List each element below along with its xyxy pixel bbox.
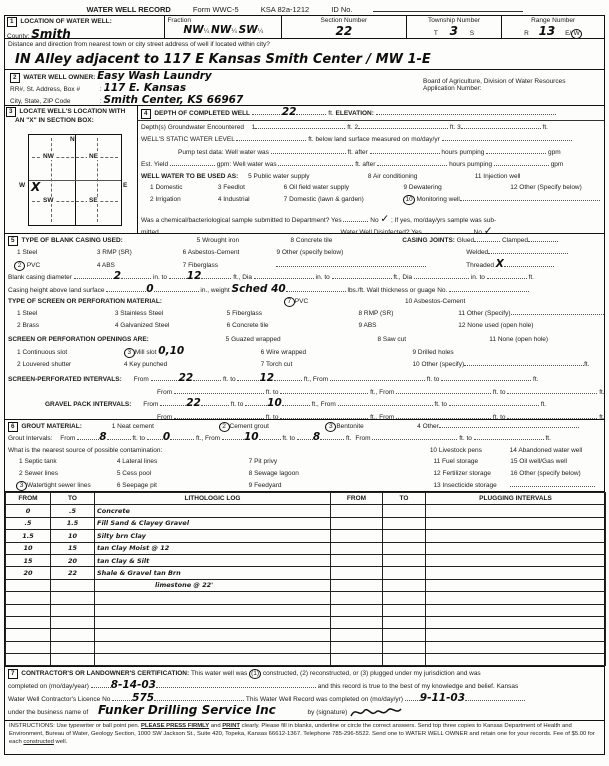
spi-d1 <box>151 373 179 381</box>
casing-1-label: Steel <box>22 249 37 256</box>
litho-from <box>6 654 51 666</box>
plug-interval <box>426 567 606 579</box>
welded-label: Welded <box>466 249 488 256</box>
range-w-circled: W <box>571 29 582 38</box>
section5-number: 5 <box>8 236 18 246</box>
yield-dots-3 <box>377 158 447 166</box>
section1-county-cell: 1 LOCATION OF WATER WELL: County: Smith <box>5 16 165 38</box>
instructions: INSTRUCTIONS: Use typewriter or ball poi… <box>5 721 604 748</box>
litho-log <box>95 629 331 641</box>
gw-ft3: ft. 3 <box>450 124 461 131</box>
litho-to: 20 <box>51 554 95 566</box>
cert-d4 <box>154 693 244 701</box>
instructions-and: and <box>209 723 222 729</box>
opening-10-label: Other (specify) <box>421 361 464 368</box>
weight-label: in., weight <box>200 287 229 294</box>
grout-4-num: 4 <box>417 423 421 430</box>
section6-number: 6 <box>8 422 18 432</box>
instructions-end: well. <box>54 739 67 745</box>
gi-d10 <box>474 432 544 440</box>
grout-2-label: Cement grout <box>230 423 269 430</box>
section4-cell: 4 DEPTH OF COMPLETED WELL 22 ft. ELEVATI… <box>138 106 604 233</box>
yield-after: ft. after <box>355 161 375 168</box>
spi-label: SCREEN-PERFORATED INTERVALS: <box>8 376 122 383</box>
glued-dots <box>474 234 500 242</box>
gw-dots-1 <box>255 121 345 129</box>
opening-7-num: 7 <box>261 361 265 368</box>
grout-4-dots <box>439 420 579 428</box>
contam-4-label: Lateral lines <box>122 458 157 465</box>
grout-3-label: Bentonite <box>336 423 363 430</box>
contam-10-label: Livestock pens <box>439 447 482 454</box>
signature-scribble <box>349 705 403 720</box>
swl-dots-2 <box>442 133 572 141</box>
certification-title: CONTRACTOR'S OR LANDOWNER'S CERTIFICATIO… <box>21 670 189 677</box>
gpi-d5 <box>338 398 433 406</box>
litho-log: Concrete <box>95 505 331 517</box>
plug-from <box>331 616 383 628</box>
litho-header-plugging: PLUGGING INTERVALS <box>426 493 606 505</box>
height-dots-2 <box>154 284 199 292</box>
litho-to: 1.5 <box>51 517 95 529</box>
litho-to <box>51 579 95 591</box>
quadrant-ne: NE <box>87 153 100 160</box>
use-3-label: Feedlot <box>223 184 245 191</box>
plug-interval <box>426 517 606 529</box>
height-dots-4 <box>449 284 529 292</box>
spi-d3 <box>237 373 259 381</box>
contam-2-num: 2 <box>19 470 23 477</box>
contam-16-label: Other (specify below) <box>519 470 580 477</box>
disinfected-question: Water Well Disinfected? Yes <box>341 229 422 233</box>
owner-right: Board of Agriculture, Division of Water … <box>413 70 604 105</box>
licence-value: 575 <box>132 693 154 704</box>
plug-to <box>383 604 426 616</box>
use-1-label: Domestic <box>155 184 182 191</box>
litho-row <box>6 641 606 653</box>
screen-11-dots <box>511 307 604 315</box>
static-level-rest: ft. below land surface measured on mo/da… <box>308 136 440 143</box>
quadrant-se: SE <box>87 197 100 204</box>
opening-11-label: None (open hole) <box>498 336 548 343</box>
threaded-x: X <box>496 259 504 270</box>
section-box-area: N S W E NW NE SW SE X <box>6 134 138 234</box>
use-7-num: 7 <box>284 196 288 203</box>
spi-ftto-2: ft. to <box>427 376 440 383</box>
gi-ftto: ft. to <box>132 435 145 442</box>
diam-ftdia-1: ft., Dia <box>233 274 252 281</box>
business-name-label: under the business name of <box>8 709 88 716</box>
casing-5-num: 5 <box>197 237 201 244</box>
cert-text-4: This Water Well Record was completed on … <box>246 696 403 703</box>
litho-from <box>6 579 51 591</box>
screen-5-label: Fiberglass <box>232 310 262 317</box>
contam-11-num: 11 <box>433 458 440 465</box>
gpi-to-value: 10 <box>267 398 282 409</box>
screen-1-num: 1 <box>17 310 21 317</box>
spi2-d3 <box>396 386 491 394</box>
contam-10-num: 10 <box>430 447 437 454</box>
range-value: 13 <box>539 24 556 38</box>
contam-13-label: Insecticide storage <box>442 482 496 489</box>
address-colon: : <box>100 86 102 93</box>
gpi-ftfrom: ft., From <box>312 401 336 408</box>
depth-dots-2 <box>296 107 326 115</box>
gi-d3 <box>147 432 163 440</box>
contam-7-label: Pit privy <box>254 458 277 465</box>
screen-8-label: RMP (SR) <box>364 310 394 317</box>
opening-7-label: Torch cut <box>266 361 292 368</box>
grout-intervals-label: Grout Intervals: <box>8 435 52 442</box>
contam-16-num: 16 <box>510 470 517 477</box>
cert-text-3: and this record is true to the best of m… <box>318 683 519 690</box>
gi-to2: 8 <box>313 432 320 443</box>
casing-4-num: 4 <box>97 262 101 269</box>
pump-hours: hours pumping <box>441 149 484 156</box>
litho-from: 1.5 <box>6 530 51 542</box>
litho-from <box>6 604 51 616</box>
section1-fraction-cell: Fraction NW¼ NW¼ SW¼ <box>165 16 282 38</box>
spi-d4 <box>274 373 302 381</box>
constructed-underlined: constructed <box>23 739 53 745</box>
plug-from <box>331 604 383 616</box>
monitoring-dots <box>460 193 600 201</box>
opening-2-label: Louvered shutter <box>22 361 71 368</box>
cert-d6 <box>465 693 525 701</box>
plug-to <box>383 629 426 641</box>
spi-ftto: ft. to <box>223 376 236 383</box>
plug-from <box>331 654 383 666</box>
opening-8-label: Saw cut <box>383 336 406 343</box>
litho-to <box>51 629 95 641</box>
use-9-label: Dewatering <box>409 184 442 191</box>
threaded-dots <box>504 259 554 267</box>
pump-dots-1 <box>271 146 346 154</box>
gpi-d1 <box>160 398 186 406</box>
litho-log <box>95 604 331 616</box>
opening-3-label: Mill slot <box>135 349 157 356</box>
diam-into: in. to <box>153 274 167 281</box>
spi2-d4 <box>507 386 597 394</box>
completed-on-label: completed on (mo/day/year) <box>8 683 89 690</box>
litho-to <box>51 604 95 616</box>
litho-from <box>6 616 51 628</box>
quarter-2: ¼ <box>231 28 236 35</box>
quadrant-nw: NW <box>41 153 56 160</box>
clamped-label: Clamped <box>502 237 528 244</box>
weight-value: Sched 40 <box>232 284 286 295</box>
use-8-num: 8 <box>368 173 372 180</box>
casing-8-label: Concrete tile <box>296 237 333 244</box>
openings-title: SCREEN OR PERFORATION OPENINGS ARE: <box>8 336 149 343</box>
address-value: 117 E. Kansas <box>103 83 186 94</box>
chem-mitted: mitted <box>141 229 159 233</box>
plug-to <box>383 554 426 566</box>
casing-height-value: 0 <box>146 284 153 295</box>
contam-8-label: Sewage lagoon <box>254 470 299 477</box>
cert-d3 <box>112 693 132 701</box>
spi-to-value: 12 <box>259 373 274 384</box>
litho-to: 22 <box>51 567 95 579</box>
section3-title-2: AN "X" IN SECTION BOX: <box>6 117 136 124</box>
height-dots-1 <box>106 284 146 292</box>
fraction-label: Fraction <box>167 17 279 24</box>
casing-7-num: 7 <box>183 262 187 269</box>
casing-9-num: 9 <box>276 249 280 256</box>
gi-to1: 0 <box>163 432 170 443</box>
plug-from <box>331 641 383 653</box>
plug-interval <box>426 616 606 628</box>
township-label: Township Number <box>409 17 500 24</box>
screen-10-num: 10 <box>405 298 412 305</box>
pump-gpm: gpm <box>548 149 561 156</box>
litho-row: 1.510Silty brn Clay <box>6 530 606 542</box>
litho-to: 10 <box>51 530 95 542</box>
gpi2-d3 <box>396 411 491 419</box>
elevation-dots <box>376 107 556 115</box>
fraction-2: NW <box>211 24 231 36</box>
gi-ftfrom: ft., From <box>196 435 220 442</box>
section1-location-row: 1 LOCATION OF WATER WELL: County: Smith … <box>5 16 604 39</box>
use-10-label: Monitoring well <box>416 196 459 203</box>
grout-1-num: 1 <box>112 423 116 430</box>
litho-to <box>51 616 95 628</box>
yield-dots-2 <box>278 158 353 166</box>
print-underlined: PRINT <box>222 723 240 729</box>
gw-ft: ft. <box>543 124 548 131</box>
gi-from1: 8 <box>99 432 106 443</box>
plug-to <box>383 567 426 579</box>
use-12-num: 12 <box>510 184 517 191</box>
litho-row: 1015tan Clay Moist @ 12 <box>6 542 606 554</box>
contam-5-num: 5 <box>117 470 121 477</box>
section7: 7 CONTRACTOR'S OR LANDOWNER'S CERTIFICAT… <box>5 666 604 721</box>
groundwater-label: Depth(s) Groundwater Encountered <box>141 124 244 131</box>
casing-5-label: Wrought iron <box>202 237 239 244</box>
litho-from: 20 <box>6 567 51 579</box>
use-2-num: 2 <box>150 196 154 203</box>
glued-label: Glued <box>457 237 474 244</box>
gi-d5 <box>222 432 244 440</box>
opening-10-dots <box>464 358 584 366</box>
section3-title-1: LOCATE WELL'S LOCATION WITH <box>19 108 125 115</box>
screen-1-label: Steel <box>22 310 37 317</box>
yield-dots-4 <box>494 158 549 166</box>
litho-log: limestone @ 22' <box>95 579 331 591</box>
gpi-label: GRAVEL PACK INTERVALS: <box>45 401 131 408</box>
plug-to <box>383 579 426 591</box>
screen-2-label: Brass <box>22 322 39 329</box>
form-ksa: KSA 82a-1212 <box>261 5 309 14</box>
grout-3-num-circled: 3 <box>325 422 336 432</box>
diam-ft-value: 12 <box>187 271 202 282</box>
section5-title: TYPE OF BLANK CASING USED: <box>21 237 122 244</box>
quarter-3: ¼ <box>258 28 263 35</box>
gpi-d4 <box>282 398 310 406</box>
gi-ft-2: ft. <box>546 435 551 442</box>
screen-10-label: Asbestos-Cement <box>414 298 466 305</box>
contam-6-num: 6 <box>117 482 121 489</box>
screen-7-num-circled: 7 <box>284 297 295 307</box>
depth-completed-label: DEPTH OF COMPLETED WELL <box>154 110 250 117</box>
welded-dots <box>488 246 568 254</box>
form-header: WATER WELL RECORD Form WWC-5 KSA 82a-121… <box>0 4 609 14</box>
plug-from <box>331 629 383 641</box>
township-t: T <box>434 30 438 37</box>
diam-dots-3 <box>169 271 187 279</box>
compass-s: S <box>70 233 74 234</box>
contam-16-dots <box>510 479 595 487</box>
opening-6-label: Wire wrapped <box>266 349 306 356</box>
plug-interval <box>426 592 606 604</box>
gi-ftto-3: ft. to <box>459 435 472 442</box>
litho-to <box>51 592 95 604</box>
diam-ftdia-2: ft., Dia <box>393 274 412 281</box>
diam-dots-1 <box>74 271 114 279</box>
litho-log: Fill Sand & Clayey Gravel <box>95 517 331 529</box>
plug-interval <box>426 604 606 616</box>
cert-1-circled: (1) <box>249 669 261 679</box>
gi-ft: ft. <box>346 435 351 442</box>
water-well-record-form: WATER WELL RECORD Form WWC-5 KSA 82a-121… <box>0 0 609 766</box>
gpi-ftto: ft. to <box>231 401 244 408</box>
cert-text-1: This water well was <box>191 670 247 677</box>
casing-9-label: Other (specify below) <box>282 249 343 256</box>
gw-ft2: ft. 2 <box>347 124 358 131</box>
distance-value: IN Alley adjacent to 117 E Kansas Smith … <box>15 52 431 67</box>
use-3-num: 3 <box>218 184 222 191</box>
grout-4-label: Other <box>423 423 439 430</box>
section1-range-cell: Range Number R 13 E/W <box>502 16 604 38</box>
depth-ft: ft. <box>328 110 333 117</box>
height-dots-3 <box>286 284 346 292</box>
use-5-label: Public water supply <box>254 173 310 180</box>
screen-9-label: ABS <box>364 322 377 329</box>
contamination-question: What is the nearest source of possible c… <box>8 445 428 456</box>
casing-7-label: Fiberglass <box>188 262 218 269</box>
screen-9-num: 9 <box>358 322 362 329</box>
screen-3-label: Stainless Steel <box>120 310 163 317</box>
opening-10-ft: ft. <box>584 361 589 368</box>
screen-12-label: None used (open hole) <box>467 322 533 329</box>
section1-title: LOCATION OF WATER WELL: <box>20 18 111 25</box>
litho-from: 10 <box>6 542 51 554</box>
well-x-mark: X <box>31 180 40 194</box>
contam-15-num: 15 <box>510 458 517 465</box>
opening-10-num: 10 <box>412 361 419 368</box>
plug-from <box>331 505 383 517</box>
static-level-label: WELL'S STATIC WATER LEVEL <box>141 136 235 143</box>
litho-row: 1520tan Clay & Silt <box>6 554 606 566</box>
record-date: 9-11-03 <box>420 693 465 704</box>
spi2-from: From <box>157 389 172 396</box>
gi-d1 <box>77 432 99 440</box>
left-vdash <box>51 138 52 222</box>
gi-d2 <box>107 432 131 440</box>
gi-d4 <box>170 432 194 440</box>
contam-2-label: Sewer lines <box>24 470 58 477</box>
plug-to <box>383 641 426 653</box>
litho-log: Shale & Gravel tan Brn <box>95 567 331 579</box>
weight-rest: lbs./ft. Wall thickness or guage No. <box>348 287 448 294</box>
opening-8-num: 8 <box>377 336 381 343</box>
use-11-label: Injection well <box>483 173 520 180</box>
plug-interval <box>426 530 606 542</box>
screen-4-num: 4 <box>115 322 119 329</box>
plug-interval <box>426 542 606 554</box>
spi-from-label: From <box>134 376 149 383</box>
plug-to <box>383 616 426 628</box>
contam-14-label: Abandoned water well <box>518 447 582 454</box>
diam-ft-end: ft. <box>529 274 534 281</box>
section-number-label: Section Number <box>284 17 404 24</box>
litho-from: 15 <box>6 554 51 566</box>
diam-value: 2 <box>114 271 121 282</box>
plug-from <box>331 579 383 591</box>
plug-to <box>383 542 426 554</box>
litho-row <box>6 654 606 666</box>
grout-1-label: Neat cement <box>117 423 154 430</box>
section6-title: GROUT MATERIAL: <box>21 423 82 430</box>
gpi2-d2 <box>280 411 368 419</box>
spi2-ftto: ft. to <box>266 389 279 396</box>
yield-hours: hours pumping <box>449 161 492 168</box>
litho-row <box>6 629 606 641</box>
screen-3-num: 3 <box>115 310 119 317</box>
casing-other-dots <box>276 259 426 267</box>
casing-2-num-circled: 2 <box>14 261 25 271</box>
opening-4-label: Key punched <box>129 361 167 368</box>
screen-6-num: 6 <box>227 322 231 329</box>
disinfected-no-check: ✓ <box>484 226 493 233</box>
depth-dots-1 <box>252 107 282 115</box>
use-6-label: Oil field water supply <box>289 184 349 191</box>
business-name-value: Funker Drilling Service Inc <box>98 705 276 717</box>
owner-value: Easy Wash Laundry <box>97 71 212 82</box>
chem-no-check: ✓ <box>380 214 389 225</box>
contam-3-num-circled: 3 <box>16 481 27 491</box>
depth-completed-value: 22 <box>282 106 297 118</box>
spi2-d1 <box>174 386 264 394</box>
screen-6-label: Concrete tile <box>232 322 269 329</box>
contam-1-label: Septic tank <box>24 458 56 465</box>
use-1-num: 1 <box>150 184 154 191</box>
contam-14-num: 14 <box>510 447 517 454</box>
elevation-label: ELEVATION: <box>336 110 374 117</box>
litho-from: .5 <box>6 517 51 529</box>
opening-4-num: 4 <box>124 361 128 368</box>
plug-from <box>331 530 383 542</box>
opening-2-num: 2 <box>17 361 21 368</box>
litho-to: 15 <box>51 542 95 554</box>
township-value: 3 <box>450 24 458 38</box>
litho-header-log: LITHOLOGIC LOG <box>95 493 331 505</box>
litho-log: tan Clay & Silt <box>95 554 331 566</box>
cert-d2 <box>156 680 316 688</box>
casing-4-label: ABS <box>102 262 115 269</box>
screen-11-label: Other (Specify) <box>467 310 511 317</box>
diam-into-3: in. to <box>471 274 485 281</box>
distance-row: Distance and direction from nearest town… <box>5 39 604 70</box>
litho-from <box>6 629 51 641</box>
press-firmly-underlined: PLEASE PRESS FIRMLY <box>141 723 209 729</box>
opening-9-num: 9 <box>412 349 416 356</box>
plug-interval <box>426 654 606 666</box>
casing-6-num: 6 <box>183 249 187 256</box>
litho-log <box>95 654 331 666</box>
pump-after: ft. after <box>348 149 368 156</box>
gw-dots-2 <box>358 121 448 129</box>
